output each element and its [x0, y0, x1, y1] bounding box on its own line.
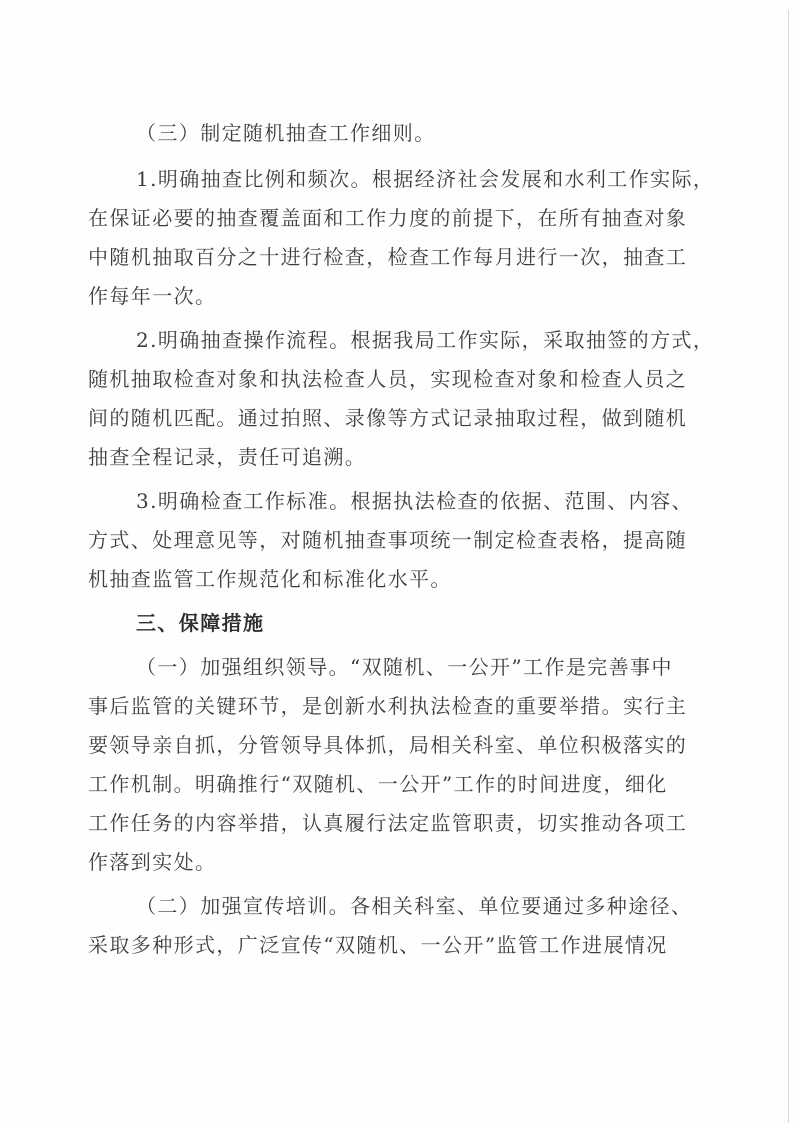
paragraph-line: 工作任务的内容举措，认真履行法定监管职责，切实推动各项工	[88, 810, 708, 836]
paragraph-line: 3.明确检查工作标准。根据执法检查的依据、范围、内容、	[136, 488, 756, 514]
paragraph-line: 间的随机匹配。通过拍照、录像等方式记录抽取过程，做到随机	[88, 405, 708, 431]
subsection-heading-3: （三）制定随机抽查工作细则。	[136, 120, 756, 146]
paragraph-line: （一）加强组织领导。“双随机、一公开”工作是完善事中	[136, 654, 756, 680]
paragraph-line: 中随机抽取百分之十进行检查，检查工作每月进行一次，抽查工	[88, 244, 708, 270]
paragraph-line: 采取多种形式，广泛宣传“双随机、一公开”监管工作进展情况	[88, 932, 708, 958]
paragraph-line: 作每年一次。	[88, 283, 708, 309]
section-heading-safeguards: 三、保障措施	[136, 610, 756, 636]
paragraph-line: 作落到实处。	[88, 849, 708, 875]
paragraph-line: 抽查全程记录，责任可追溯。	[88, 444, 708, 470]
paragraph-line: 工作机制。明确推行“双随机、一公开”工作的时间进度，细化	[88, 771, 708, 797]
paragraph-line: 要领导亲自抓，分管领导具体抓，局相关科室、单位积极落实的	[88, 732, 708, 758]
paragraph-line: 方式、处理意见等，对随机抽查事项统一制定检查表格，提高随	[88, 527, 708, 553]
paragraph-line: （二）加强宣传培训。各相关科室、单位要通过多种途径、	[136, 893, 756, 919]
scan-edge-divider	[788, 10, 789, 1123]
paragraph-line: 事后监管的关键环节，是创新水利执法检查的重要举措。实行主	[88, 693, 708, 719]
document-page: （三）制定随机抽查工作细则。 1.明确抽查比例和频次。根据经济社会发展和水利工作…	[0, 0, 794, 1123]
paragraph-line: 2.明确抽查操作流程。根据我局工作实际，采取抽签的方式，	[136, 327, 756, 353]
paragraph-line: 在保证必要的抽查覆盖面和工作力度的前提下，在所有抽查对象	[88, 205, 708, 231]
paragraph-line: 机抽查监管工作规范化和标准化水平。	[88, 566, 708, 592]
paragraph-line: 1.明确抽查比例和频次。根据经济社会发展和水利工作实际，	[136, 166, 756, 192]
paragraph-line: 随机抽取检查对象和执法检查人员，实现检查对象和检查人员之	[88, 366, 708, 392]
